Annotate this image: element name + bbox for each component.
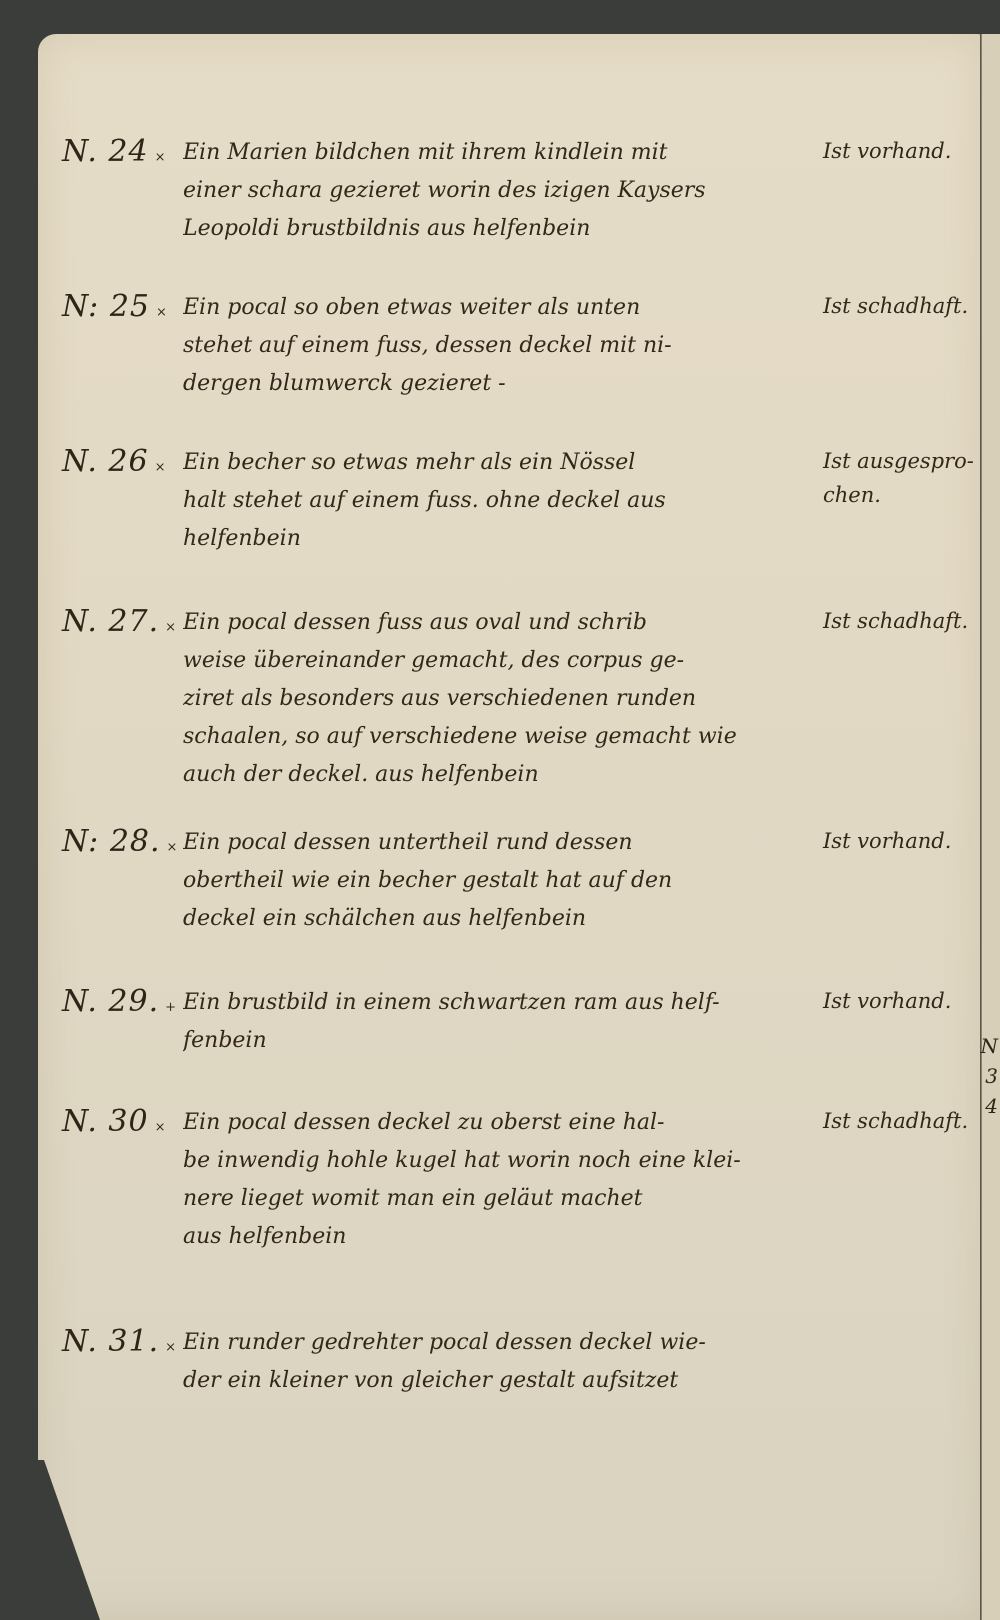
entry-status: Ist ausgespro- chen. bbox=[823, 444, 983, 512]
entry-description: Ein runder gedrehter pocal dessen deckel… bbox=[183, 1324, 823, 1400]
entry-number: N. 31.× bbox=[62, 1324, 177, 1359]
margin-fragment: N bbox=[981, 1034, 999, 1058]
entry-number: N. 24× bbox=[62, 134, 166, 169]
entry-description: Ein becher so etwas mehr als ein Nössel … bbox=[183, 444, 823, 558]
manuscript-page: N. 24× Ein Marien bildchen mit ihrem kin… bbox=[38, 34, 982, 1620]
entry-status: Ist schadhaft. bbox=[823, 1104, 983, 1138]
entry-description: Ein Marien bildchen mit ihrem kindlein m… bbox=[183, 134, 823, 248]
entry-number: N. 26× bbox=[62, 444, 166, 479]
entry-status: Ist vorhand. bbox=[823, 984, 983, 1018]
entry-number: N: 25× bbox=[62, 289, 168, 324]
entry-description: Ein pocal dessen deckel zu oberst eine h… bbox=[183, 1104, 823, 1256]
entry-number: N. 27.× bbox=[62, 604, 177, 639]
entry-number: N. 30× bbox=[62, 1104, 166, 1139]
entry-description: Ein pocal dessen fuss aus oval und schri… bbox=[183, 604, 823, 794]
entry-description: Ein pocal dessen untertheil rund dessen … bbox=[183, 824, 823, 938]
entry-number: N. 29.+ bbox=[62, 984, 177, 1019]
margin-fragment: 4 bbox=[985, 1094, 998, 1118]
entry-status: Ist schadhaft. bbox=[823, 289, 983, 323]
entry-description: Ein pocal so oben etwas weiter als unten… bbox=[183, 289, 823, 403]
margin-fragment: 3 bbox=[985, 1064, 998, 1088]
entry-status: Ist vorhand. bbox=[823, 134, 983, 168]
adjacent-page-edge: N 3 4 bbox=[981, 34, 1000, 1620]
entry-status: Ist schadhaft. bbox=[823, 604, 983, 638]
entry-status: Ist vorhand. bbox=[823, 824, 983, 858]
entry-description: Ein brustbild in einem schwartzen ram au… bbox=[183, 984, 823, 1060]
entry-number: N: 28.× bbox=[62, 824, 178, 859]
